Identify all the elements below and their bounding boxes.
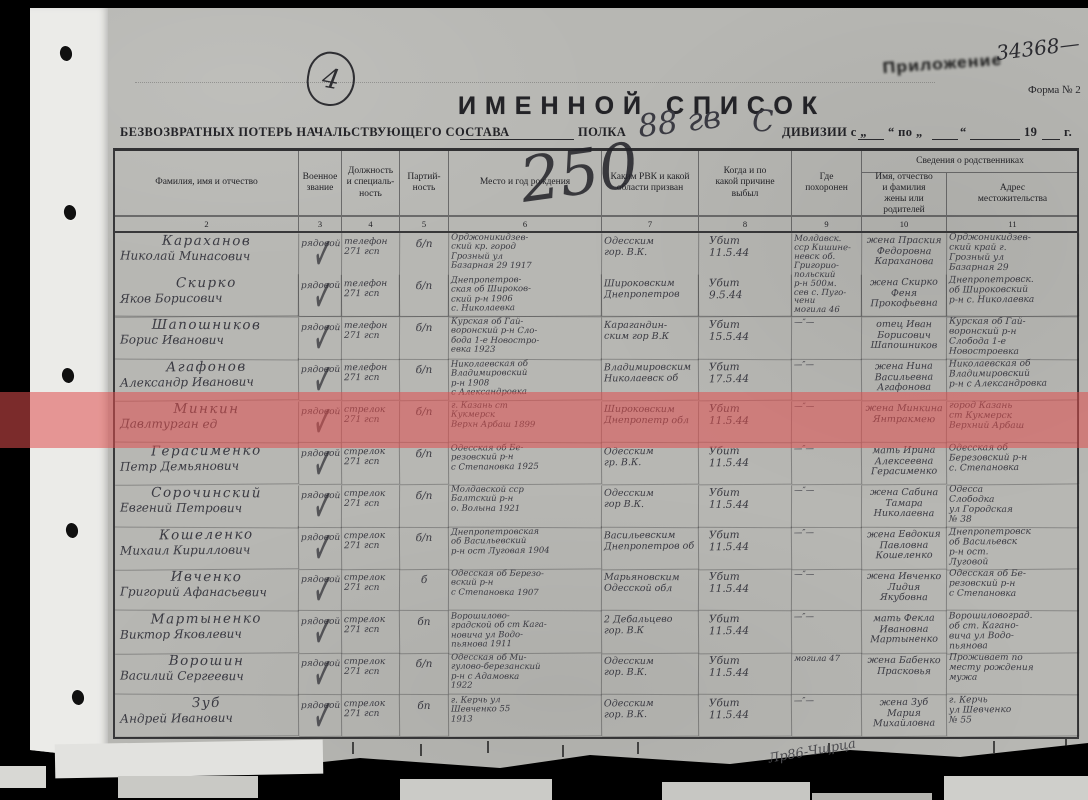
rvk-cell: Широковским Днепропетров <box>602 275 699 318</box>
film-marker <box>944 776 1088 800</box>
subtitle-quote: “ <box>960 125 967 140</box>
buried-cell: —″— <box>792 611 862 654</box>
table-row: ИвченкоГригорий Афанасьевичрядовойстрело… <box>115 569 1077 611</box>
party-cell: б/п <box>400 443 449 485</box>
rvk-cell: Одесским гр. В.К. <box>602 443 699 486</box>
column-number: 10 <box>862 216 947 231</box>
rvk-cell: 2 Дебальцево гор. В.К <box>602 611 699 654</box>
form-number-label: Форма № 2 <box>1028 84 1081 96</box>
table-body: КарахановНиколай Минасовичрядовойтелефон… <box>113 233 1079 739</box>
blank-line <box>1042 138 1060 140</box>
family-cell: мать Фекла Ивановна Мартыненко <box>862 611 947 654</box>
fate-cell: Убит 11.5.44 <box>699 695 792 738</box>
header-duty: Должность и специаль- ность <box>342 151 400 216</box>
party-cell: бп <box>400 611 449 654</box>
family-cell: жена Бабенко Прасковья <box>862 653 947 695</box>
duty-cell: телефон 271 гсп <box>342 317 400 360</box>
header-family: Имя, отчество и фамилия жены или родител… <box>862 173 947 216</box>
rvk-cell: Одесским гор. В.К. <box>602 653 699 696</box>
subtitle-g: г. <box>1064 125 1072 140</box>
birth-cell: г. Керчь ул Шевченко 55 1913 <box>449 694 602 737</box>
perforation-mark <box>993 741 995 753</box>
duty-cell: стрелок 271 гсп <box>342 569 400 611</box>
party-cell: б/п <box>400 653 449 695</box>
duty-cell: стрелок 271 гсп <box>342 611 400 654</box>
table-row: ВорошинВасилий Сергеевичрядовойстрелок 2… <box>115 653 1077 695</box>
rank-cell: рядовой <box>299 695 342 737</box>
buried-cell: —″— <box>792 527 862 570</box>
address-cell: Курская об Гай- воронский р-н Слобода 1-… <box>947 317 1079 360</box>
rank-cell: рядовой <box>299 275 342 317</box>
party-cell: б/п <box>400 317 449 360</box>
blank-line <box>970 138 1020 140</box>
name-cell: ЗубАндрей Иванович <box>115 694 299 738</box>
duty-cell: стрелок 271 гсп <box>342 527 400 570</box>
family-cell: жена Сабина Тамара Николаевна <box>862 485 947 528</box>
table-row: МартыненкоВиктор Яковлевичрядовойстрелок… <box>115 611 1077 653</box>
paper-fragment <box>55 740 324 779</box>
name-cell: ВорошинВасилий Сергеевич <box>115 653 299 696</box>
column-number: 4 <box>342 216 400 231</box>
dotted-rule <box>135 82 935 83</box>
name-cell: СорочинскийЕвгений Петрович <box>115 485 299 529</box>
rank-cell: рядовой <box>299 485 342 528</box>
film-marker <box>0 766 46 788</box>
birth-cell: Днепропетровская об Васильевский р-н ост… <box>449 526 602 570</box>
rank-cell: рядовой <box>299 569 342 611</box>
birth-cell: Одесская об Березо- вский р-н с Степанов… <box>449 569 602 612</box>
blank-line <box>932 138 958 140</box>
name-cell: ИвченкоГригорий Афанасьевич <box>115 569 299 612</box>
fate-cell: Убит 11.5.44 <box>699 611 792 654</box>
binding-margin <box>30 8 108 770</box>
perforation-mark <box>1065 739 1067 751</box>
column-number: 7 <box>602 216 699 231</box>
party-cell: б <box>400 569 449 611</box>
birth-cell: Курская об Гай- воронский р-н Сло- бода … <box>449 317 602 360</box>
column-number: 9 <box>792 216 862 231</box>
scanned-document: 4 Приложение 34368— Форма № 2 ИМЕННОЙ СП… <box>0 0 1088 800</box>
family-cell: отец Иван Борисович Шапошников <box>862 317 947 360</box>
rank-cell: рядовой <box>299 443 342 485</box>
rvk-cell: Васильевским Днепропетров об <box>602 527 699 570</box>
column-number: 6 <box>449 216 602 231</box>
rank-cell: рядовой <box>299 527 342 570</box>
duty-cell: стрелок 271 гсп <box>342 443 400 486</box>
rvk-cell: Карагандин- ским гор В.К <box>602 317 699 360</box>
buried-cell: —″— <box>792 485 862 528</box>
perforation-mark <box>487 741 489 753</box>
family-cell: жена Ивченко Лидия Якубовна <box>862 569 947 611</box>
page-number-circle: 4 <box>303 48 360 110</box>
perforation-mark <box>637 742 639 754</box>
fate-cell: Убит 11.5.44 <box>699 653 792 695</box>
fate-cell: Убит 15.5.44 <box>699 317 792 360</box>
header-name: Фамилия, имя и отчество <box>115 151 299 216</box>
buried-cell: —″— <box>792 569 862 611</box>
perforation-mark <box>562 745 564 757</box>
duty-cell: стрелок 271 гсп <box>342 653 400 695</box>
birth-cell: Молдавской сср Балтский р-н о. Волына 19… <box>449 485 602 528</box>
address-cell: Днепропетровск об Васильевск р-н ост. Лу… <box>947 526 1079 570</box>
blank-line <box>858 138 884 140</box>
paper-sheet: 4 Приложение 34368— Форма № 2 ИМЕННОЙ СП… <box>30 8 1088 770</box>
serial-number-handwritten: 34368— <box>995 31 1081 65</box>
party-cell: б/п <box>400 275 449 317</box>
address-cell: г. Керчь ул Шевченко № 55 <box>947 694 1079 737</box>
party-cell: б/п <box>400 485 449 528</box>
fate-cell: Убит 11.5.44 <box>699 569 792 611</box>
division-letter-handwritten: С <box>751 103 776 138</box>
address-cell: Днепропетровск. об Широковский р-н с. Ни… <box>947 274 1079 317</box>
column-number: 3 <box>299 216 342 231</box>
header-relatives-group: Сведения о родственниках <box>862 151 1079 173</box>
rvk-cell: Одесским гор. В.К. <box>602 695 699 738</box>
name-cell: КошеленкоМихаил Кириллович <box>115 526 299 570</box>
table-row: ГерасименкоПетр Демьяновичрядовойстрелок… <box>115 443 1077 485</box>
subtitle-year: 19 <box>1024 125 1037 140</box>
film-marker <box>118 776 258 798</box>
address-cell: Одесса Слободка ул Городская № 38 <box>947 485 1079 528</box>
rvk-cell: Одесским гор В.К. <box>602 485 699 528</box>
header-party: Партий- ность <box>400 151 449 216</box>
birth-cell: Ворошилово- градской об ст Кага- новича … <box>449 610 602 654</box>
buried-cell <box>792 275 862 318</box>
rank-cell: рядовой <box>299 653 342 695</box>
column-number: 8 <box>699 216 792 231</box>
table-row: ЗубАндрей Ивановичрядовойстрелок 271 гсп… <box>115 695 1077 737</box>
family-cell: жена Евдокия Павловна Кошеленко <box>862 527 947 570</box>
header-buried: Где похоронен <box>792 151 862 216</box>
table-row: КарахановНиколай Минасовичрядовойтелефон… <box>115 233 1077 275</box>
buried-cell: могила 47 <box>792 653 862 695</box>
birth-cell: Одесская об Бе- резовский р-н с Степанов… <box>449 442 602 485</box>
rank-cell: рядовой <box>299 317 342 360</box>
film-marker <box>662 782 810 800</box>
red-highlight-band <box>0 392 1088 448</box>
header-fate: Когда и по какой причине выбыл <box>699 151 792 216</box>
birth-cell: Одесская об Ми- гулово-березанский р-н с… <box>449 653 602 696</box>
film-marker <box>400 779 552 800</box>
family-cell: мать Ирина Алексеевна Герасименко <box>862 443 947 486</box>
party-cell: бп <box>400 695 449 737</box>
duty-cell: стрелок 271 гсп <box>342 695 400 738</box>
duty-cell: стрелок 271 гсп <box>342 485 400 528</box>
name-cell: МартыненкоВиктор Яковлевич <box>115 610 299 654</box>
fate-cell: Убит 11.5.44 <box>699 443 792 486</box>
header-rank: Военное звание <box>299 151 342 216</box>
name-cell: ШапошниковБорис Иванович <box>115 317 299 361</box>
column-number: 2 <box>115 216 299 231</box>
family-cell: жена Зуб Мария Михайловна <box>862 695 947 738</box>
fate-cell: Убит 9.5.44 <box>699 275 792 318</box>
table-row: КошеленкоМихаил Кирилловичрядовойстрелок… <box>115 527 1077 569</box>
fate-cell: Убит 11.5.44 <box>699 485 792 528</box>
table-row: СкиркоЯков Борисовичрядовойтелефон 271 г… <box>115 275 1077 317</box>
buried-cell: —″— <box>792 695 862 738</box>
column-number: 5 <box>400 216 449 231</box>
fate-cell: Убит 11.5.44 <box>699 527 792 570</box>
buried-cell: —″— <box>792 317 862 360</box>
address-cell: Одесская об Бе- резовский р-н с Степанов… <box>947 569 1079 612</box>
table-row: СорочинскийЕвгений Петровичрядовойстрело… <box>115 485 1077 527</box>
address-cell: Ворошиловоград. об ст. Кагано- вича ул В… <box>947 610 1079 654</box>
name-cell: ГерасименкоПетр Демьянович <box>115 442 299 486</box>
party-cell: б/п <box>400 527 449 570</box>
subtitle-po: “ по „ <box>888 125 923 140</box>
perforation-mark <box>420 744 422 756</box>
rvk-cell: Марьяновским Одесской обл <box>602 569 699 612</box>
column-number: 11 <box>947 216 1079 231</box>
birth-cell: Днепропетров- ская об Широков- ский р-н … <box>449 274 602 317</box>
perforation-mark <box>352 742 354 754</box>
duty-cell: телефон 271 гсп <box>342 275 400 318</box>
subtitle-division: ДИВИЗИИ с „ <box>782 125 867 140</box>
film-marker <box>812 793 932 800</box>
header-address: Адрес местожительства <box>947 173 1079 216</box>
family-cell: жена Скирко Феня Прокофьевна <box>862 275 947 318</box>
stamp-prilozhenie: Приложение <box>882 52 1003 78</box>
table-row: ШапошниковБорис Ивановичрядовойтелефон 2… <box>115 317 1077 359</box>
name-cell: СкиркоЯков Борисович <box>115 274 299 318</box>
rank-cell: рядовой <box>299 611 342 654</box>
address-cell: Проживает по месту рождения мужа <box>947 653 1079 696</box>
buried-cell: —″— <box>792 443 862 486</box>
subtitle-left: БЕЗВОЗВРАТНЫХ ПОТЕРЬ НАЧАЛЬСТВУЮЩЕГО СОС… <box>120 125 510 140</box>
address-cell: Одесская об Березовский р-н с. Степановк… <box>947 442 1079 485</box>
